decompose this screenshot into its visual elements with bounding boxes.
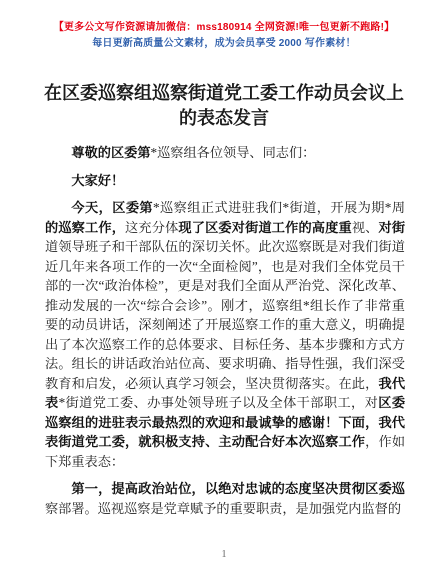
promo-banner: 【更多公文写作资源请加微信：mss180914 全网资源!唯一包更新不跑路!】 … — [0, 0, 448, 51]
document-body: 尊敬的区委第*巡察组各位领导、同志们：大家好！今天，区委第*巡察组正式进驻我们*… — [45, 143, 405, 518]
emphasis-text-run: 现了区委对街道工作的高度重 — [178, 220, 351, 235]
emphasis-text-run: 尊敬的区委第 — [71, 145, 150, 160]
emphasis-text-run: 大家好！ — [71, 173, 124, 188]
text-run: *街道党工委、办事处领导班子以及全体干部职工，对 — [59, 395, 379, 410]
emphasis-text-run: 的巡察工作， — [45, 220, 125, 235]
emphasis-text-run: 第一，提高政治站位，以绝对忠诚的态度坚决贯彻区委巡 — [71, 481, 405, 496]
paragraph: 第一，提高政治站位，以绝对忠诚的态度坚决贯彻区委巡察部署。巡视巡察是党章赋予的重… — [45, 479, 405, 518]
paragraph: 大家好！ — [45, 171, 405, 191]
promo-line-red: 【更多公文写作资源请加微信：mss180914 全网资源!唯一包更新不跑路!】 — [0, 21, 448, 35]
promo-line-blue: 每日更新高质量公文素材，成为会员享受 2000 写作素材！ — [0, 37, 448, 51]
text-run: *巡察组各位领导、同志们： — [151, 145, 316, 160]
emphasis-text-run: 对街 — [379, 220, 406, 235]
text-run: 这充分体 — [125, 220, 178, 235]
text-run: *巡察组正式进驻我们*街道，开展为期*周 — [153, 200, 405, 215]
text-run: 察部署。巡视巡察是党章赋予的重要职责，是加强党内监督的 — [45, 501, 401, 516]
text-run: 道领导班子和干部队伍的深切关怀。此次巡察既是对我们街道近几年来各项工作的一次“全… — [45, 239, 405, 391]
text-run: 视、 — [352, 220, 379, 235]
paragraph: 今天，区委第*巡察组正式进驻我们*街道，开展为期*周的巡察工作，这充分体现了区委… — [45, 198, 405, 471]
emphasis-text-run: 今天，区委第 — [71, 200, 153, 215]
page-number: 1 — [0, 549, 448, 560]
paragraph: 尊敬的区委第*巡察组各位领导、同志们： — [45, 143, 405, 163]
document-page: 【更多公文写作资源请加微信：mss180914 全网资源!唯一包更新不跑路!】 … — [0, 0, 448, 580]
document-title: 在区委巡察组巡察街道党工委工作动员会议上的表态发言 — [40, 81, 408, 131]
